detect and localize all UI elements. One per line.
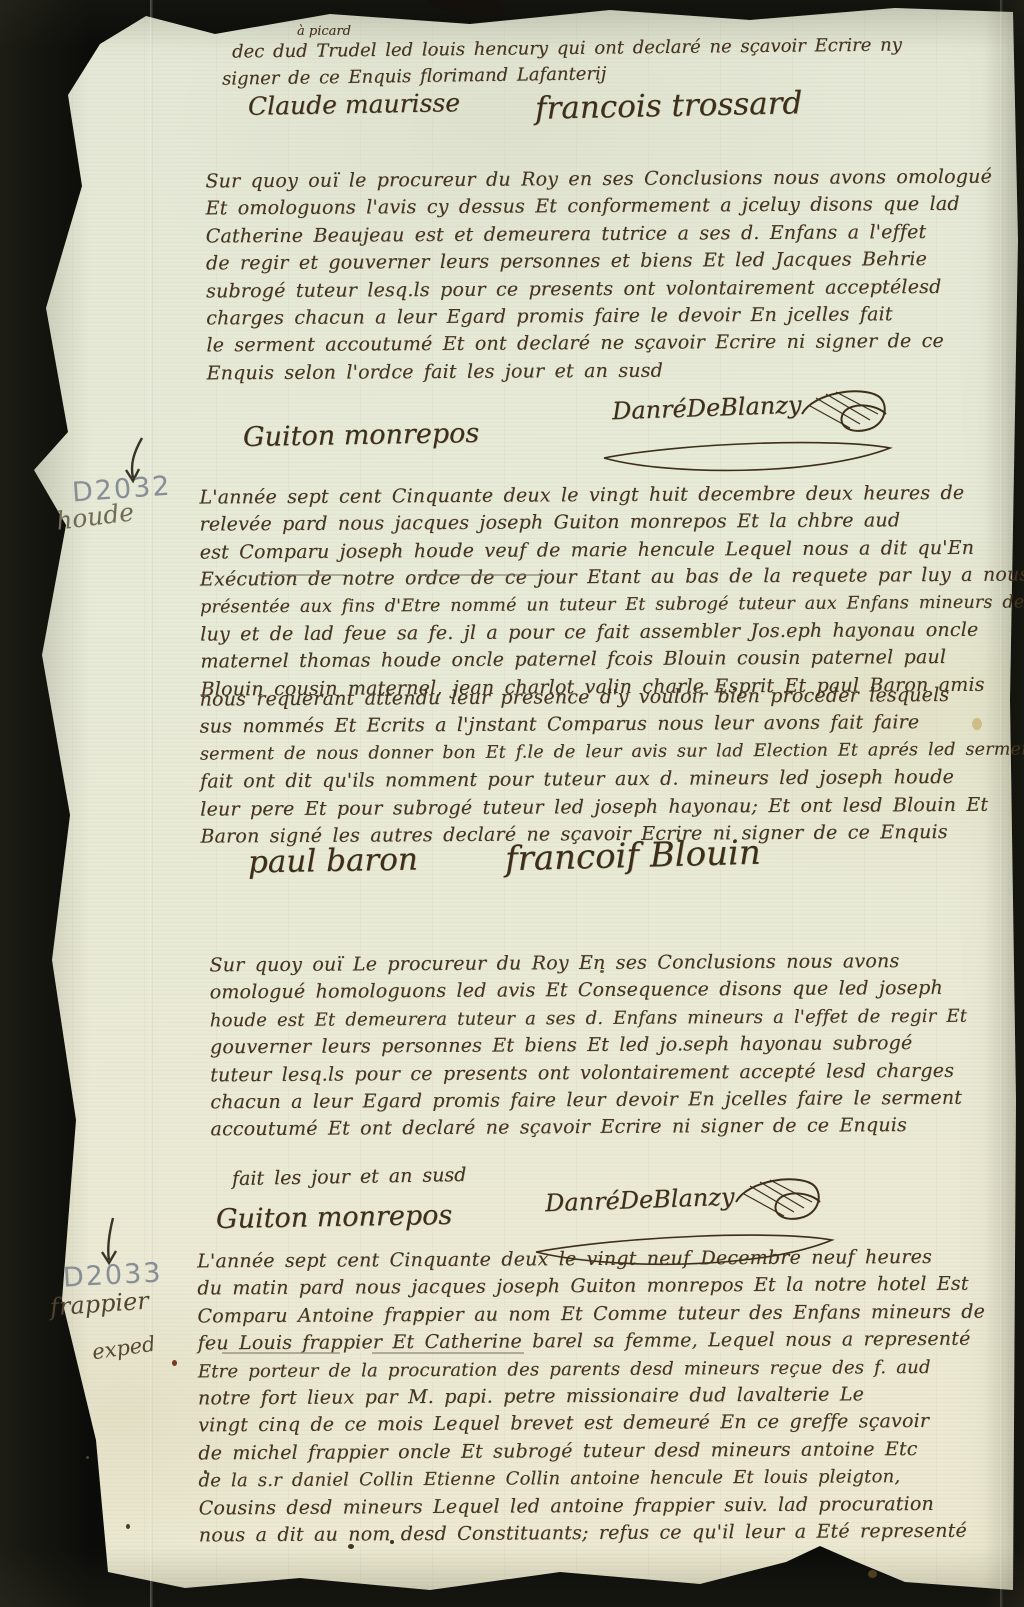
pencil-underline [222, 1352, 340, 1354]
notary-paraph-flourish [796, 384, 892, 444]
manuscript-line: de la s.r daniel Collin Etienne Collin a… [198, 1463, 986, 1495]
ink-speck [390, 1540, 394, 1544]
ink-speck [600, 970, 604, 973]
signature-underline-flourish [598, 436, 898, 478]
act-d2032-opening: L'année sept cent Cinquante deux le ving… [199, 479, 1024, 703]
ink-speck [172, 1360, 177, 1366]
pencil-underline [372, 1352, 524, 1354]
pencil-underline [258, 574, 344, 576]
manuscript-line: L'année sept cent Cinquante deux le ving… [199, 479, 1024, 511]
signature-claude-maurisse: Claude maurisse [248, 88, 460, 121]
signature-paul-baron: paul baron [248, 842, 418, 881]
ink-speck [418, 1310, 422, 1314]
manuscript-line: Enquis selon l'ordce fait les jour et an… [207, 355, 994, 387]
stain-spot [972, 718, 982, 730]
stain-spot [868, 1570, 877, 1578]
interlinear-insertion: à picard [297, 24, 351, 39]
signature-guiton-monrepos: Guiton monrepos [216, 1200, 453, 1235]
ink-speck [204, 1470, 207, 1474]
notary-paraph-flourish [730, 1172, 826, 1232]
manuscript-line: de regir et gouverner leurs personnes et… [206, 246, 993, 278]
manuscript-line: omologué homologuons led avis Et Consequ… [210, 975, 967, 1007]
signature-francois-trossard: francois trossard [535, 85, 803, 127]
ink-speck [348, 1544, 354, 1549]
closing-formula-line: fait les jour et an susd [232, 1164, 467, 1190]
signature-francois-blouin: francoif Blouin [505, 833, 762, 880]
act-d2032-election: nous requerant attendu leur presence d'y… [200, 681, 1024, 851]
pencil-underline [420, 574, 548, 576]
act-d2033-paragraph: L'année sept cent Cinquante deux le ving… [197, 1244, 986, 1550]
ink-speck [126, 1524, 130, 1529]
ink-speck [86, 1456, 89, 1459]
manuscript-line: accoutumé Et ont declaré ne sçavoir Ecri… [210, 1112, 967, 1144]
manuscript-line: nous a dit au nom desd Constituants; ref… [199, 1518, 987, 1550]
homologation-paragraph: Sur quoy ouï le procureur du Roy en ses … [205, 164, 993, 388]
signature-guiton-monrepos: Guiton monrepos [243, 418, 480, 453]
ink-blot [427, 0, 507, 18]
scanned-page: à picard dec dud Trudel led louis hencur… [0, 0, 1024, 1607]
manuscript-line: gouverner leurs personnes Et biens Et le… [210, 1030, 967, 1062]
manuscript-line: le serment accoutumé Et ont declaré ne s… [206, 328, 993, 360]
manuscript-line: Etre porteur de la procuration des paren… [198, 1353, 986, 1385]
homologation-paragraph-2: Sur quoy ouï Le procureur du Roy En ses … [209, 948, 968, 1144]
